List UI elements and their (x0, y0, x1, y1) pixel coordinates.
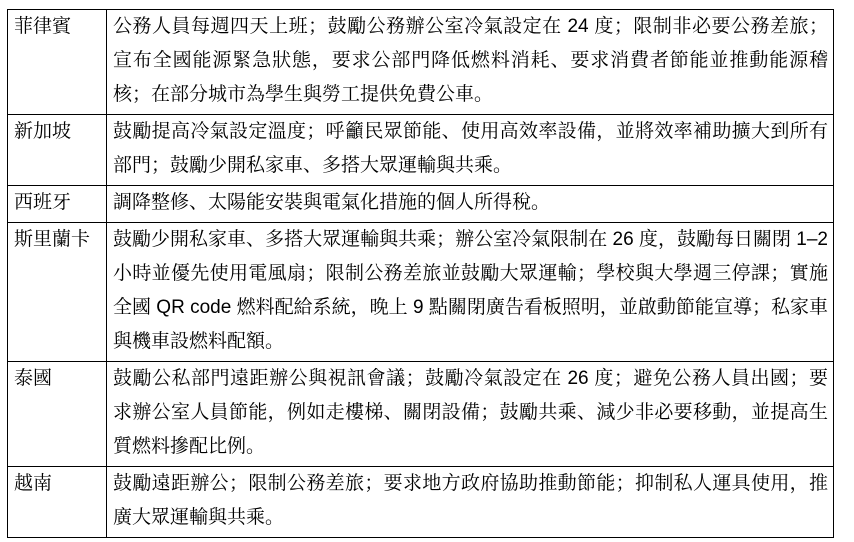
energy-policy-table: 菲律賓 公務人員每週四天上班；鼓勵公務辦公室冷氣設定在 24 度；限制非必要公務… (7, 9, 834, 538)
country-cell: 菲律賓 (8, 10, 107, 115)
policy-cell: 鼓勵少開私家車、多搭大眾運輸與共乘；辦公室冷氣限制在 26 度，鼓勵每日關閉 1… (107, 223, 834, 362)
table-row: 斯里蘭卡 鼓勵少開私家車、多搭大眾運輸與共乘；辦公室冷氣限制在 26 度，鼓勵每… (8, 223, 834, 362)
table-row: 越南 鼓勵遠距辦公；限制公務差旅；要求地方政府協助推動節能；抑制私人運具使用，推… (8, 467, 834, 538)
policy-cell: 鼓勵公私部門遠距辦公與視訊會議；鼓勵冷氣設定在 26 度；避免公務人員出國；要求… (107, 362, 834, 467)
document-page: 菲律賓 公務人員每週四天上班；鼓勵公務辦公室冷氣設定在 24 度；限制非必要公務… (0, 0, 854, 542)
country-cell: 斯里蘭卡 (8, 223, 107, 362)
policy-cell: 調降整修、太陽能安裝與電氣化措施的個人所得稅。 (107, 186, 834, 223)
country-cell: 越南 (8, 467, 107, 538)
country-cell: 新加坡 (8, 115, 107, 186)
policy-cell: 鼓勵提高冷氣設定溫度；呼籲民眾節能、使用高效率設備，並將效率補助擴大到所有部門；… (107, 115, 834, 186)
table-row: 西班牙 調降整修、太陽能安裝與電氣化措施的個人所得稅。 (8, 186, 834, 223)
table-row: 泰國 鼓勵公私部門遠距辦公與視訊會議；鼓勵冷氣設定在 26 度；避免公務人員出國… (8, 362, 834, 467)
table-row: 菲律賓 公務人員每週四天上班；鼓勵公務辦公室冷氣設定在 24 度；限制非必要公務… (8, 10, 834, 115)
country-cell: 西班牙 (8, 186, 107, 223)
country-cell: 泰國 (8, 362, 107, 467)
policy-cell: 公務人員每週四天上班；鼓勵公務辦公室冷氣設定在 24 度；限制非必要公務差旅；宣… (107, 10, 834, 115)
table-row: 新加坡 鼓勵提高冷氣設定溫度；呼籲民眾節能、使用高效率設備，並將效率補助擴大到所… (8, 115, 834, 186)
policy-cell: 鼓勵遠距辦公；限制公務差旅；要求地方政府協助推動節能；抑制私人運具使用，推廣大眾… (107, 467, 834, 538)
